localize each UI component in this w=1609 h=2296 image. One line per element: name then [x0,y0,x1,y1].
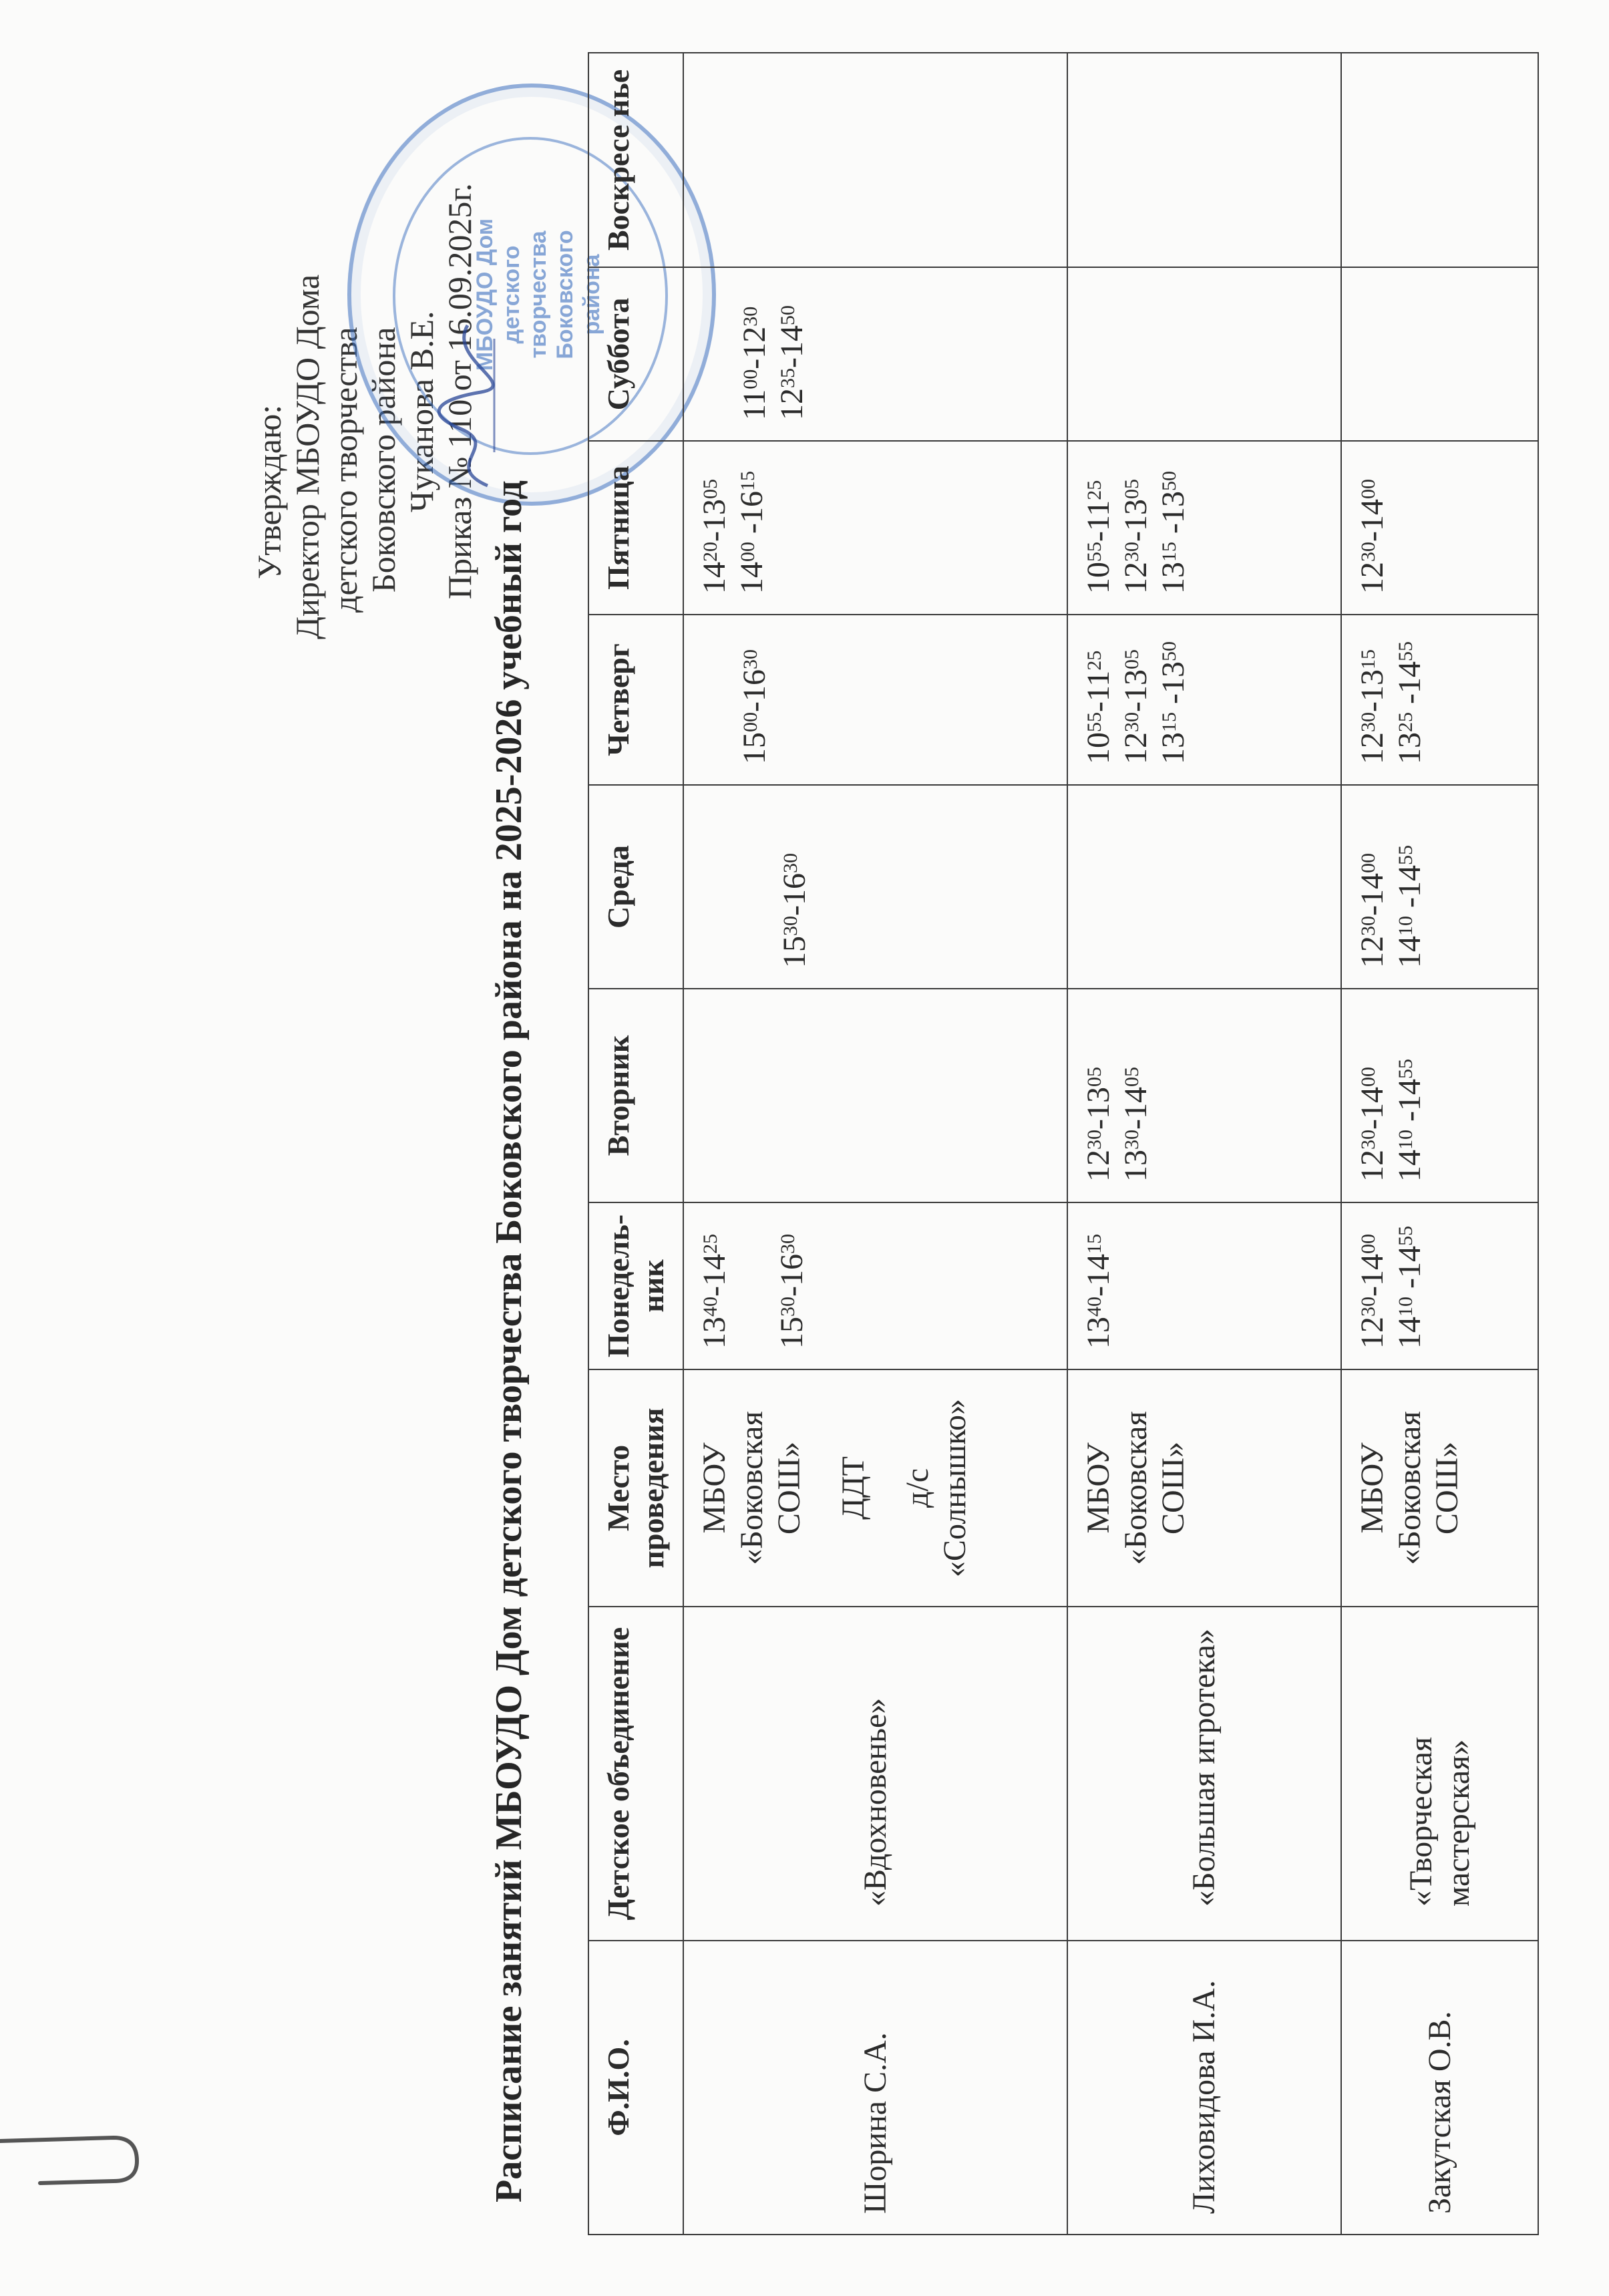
day-cell-friday: 1055-11251230-13051315 -1350 [1067,441,1341,615]
day-cell-monday: 1340-1415 [1067,1202,1341,1369]
time-slot: 1340-1415 [1080,1210,1117,1362]
day-cell-friday: 1230-1400 [1341,441,1538,615]
day-cell-monday: 1340-14251530-1630 [683,1202,1067,1369]
column-header: Четверг [588,615,683,785]
header-row: Ф.И.О.Детское объединениеМесто проведени… [588,53,683,2235]
table-body: Шорина С.А.«Вдохновенье»МБОУ «Боковская … [683,53,1538,2235]
column-header: Детское объединение [588,1607,683,1941]
teacher-name: Закутская О.В. [1341,1941,1538,2235]
time-slot: 1530-1630 [776,792,814,981]
time-slot [696,275,736,434]
time-slot [733,1210,773,1362]
column-header: Суббота [588,267,683,441]
schedule-table: Ф.И.О.Детское объединениеМесто проведени… [588,52,1539,2235]
time-slot: 1230-1400 [1354,792,1391,981]
time-slot: 1055-1125 [1080,622,1117,778]
table-row: Лиховидова И.А.«Большая игротека»МБОУ «Б… [1067,53,1341,2235]
day-cell-sunday [683,53,1067,267]
time-slot: 1530-1630 [773,1210,811,1362]
table-row: Закутская О.В.«Творческая мастерская»МБО… [1341,53,1538,2235]
time-slot: 1325 -1455 [1391,622,1429,778]
day-cell-saturday [1067,267,1341,441]
time-slot: 1055-1125 [1080,448,1117,607]
day-cell-sunday [1067,53,1341,267]
association-name: «Большая игротека» [1067,1607,1341,1941]
day-cell-thursday: 1500-1630 [683,615,1067,785]
column-header: Пятница [588,441,683,615]
time-slot: 1230-1305 [1117,622,1155,778]
time-slot: 1230-1400 [1354,1210,1391,1362]
column-header: Ф.И.О. [588,1941,683,2235]
venue: МБОУ «Боковская СОШ» [696,1377,808,1599]
time-slot: 1500-1630 [736,622,773,778]
day-cell-friday: 1420-13051400 -1615 [683,441,1067,615]
time-slot: 1400 -1615 [733,448,771,607]
approval-position: Директор МБОУДО Дома [289,78,327,679]
venue-cell: МБОУ «Боковская СОШ»ДДТд/с «Солнышко» [683,1369,1067,1607]
column-header: Место проведения [588,1369,683,1607]
time-slot: 1410 -1455 [1391,792,1429,981]
column-header: Среда [588,785,683,989]
page-title: Расписание занятий МБОУДО Дом детского т… [488,0,530,2202]
time-slot [736,792,776,981]
day-cell-saturday: 1100-12301235-1450 [683,267,1067,441]
day-cell-monday: 1230-14001410 -1455 [1341,1202,1538,1369]
venue: ДДТ [835,1377,872,1599]
day-cell-thursday: 1055-11251230-13051315 -1350 [1067,615,1341,785]
time-slot: 1100-1230 [736,275,773,434]
time-slot: 1315 -1350 [1155,622,1192,778]
time-slot: 1230-1400 [1354,996,1391,1195]
time-slot: 1230-1315 [1354,622,1391,778]
time-slot: 1230-1305 [1117,448,1155,607]
day-cell-wednesday [1067,785,1341,989]
day-cell-sunday [1341,53,1538,267]
teacher-name: Шорина С.А. [683,1941,1067,2235]
venue: МБОУ «Боковская СОШ» [1080,1377,1192,1599]
day-cell-thursday: 1230-13151325 -1455 [1341,615,1538,785]
time-slot: 1235-1450 [773,275,811,434]
association-name: «Творческая мастерская» [1341,1607,1538,1941]
day-cell-wednesday: 1230-14001410 -1455 [1341,785,1538,989]
day-cell-tuesday: 1230-14001410 -1455 [1341,989,1538,1202]
time-slot: 1330-1405 [1117,996,1155,1195]
approval-org-line: детского творчества [327,78,365,679]
time-slot: 1230-1400 [1354,448,1391,607]
venue-cell: МБОУ «Боковская СОШ» [1067,1369,1341,1607]
day-cell-tuesday: 1230-13051330-1405 [1067,989,1341,1202]
venue-cell: МБОУ «Боковская СОШ» [1341,1369,1538,1607]
day-cell-saturday [1341,267,1538,441]
teacher-name: Лиховидова И.А. [1067,1941,1341,2235]
venue: МБОУ «Боковская СОШ» [1354,1377,1466,1599]
association-name: «Вдохновенье» [683,1607,1067,1941]
document-page: Утверждаю: Директор МБОУДО Дома детского… [0,0,1609,2296]
day-cell-tuesday [683,989,1067,1202]
paperclip-icon [0,2104,174,2198]
column-header: Воскресе нье [588,53,683,267]
time-slot: 1410 -1455 [1391,996,1429,1195]
time-slot: 1420-1305 [696,448,733,607]
approval-heading: Утверждаю: [250,78,289,679]
time-slot: 1410 -1455 [1391,1210,1429,1362]
venue: д/с «Солнышко» [899,1377,974,1599]
time-slot: 1230-1305 [1080,996,1117,1195]
column-header: Понедель-ник [588,1202,683,1369]
time-slot [696,622,736,778]
column-header: Вторник [588,989,683,1202]
table-row: Шорина С.А.«Вдохновенье»МБОУ «Боковская … [683,53,1067,2235]
time-slot: 1340-1425 [696,1210,733,1362]
time-slot [696,792,736,981]
time-slot: 1315 -1350 [1155,448,1192,607]
day-cell-wednesday: 1530-1630 [683,785,1067,989]
